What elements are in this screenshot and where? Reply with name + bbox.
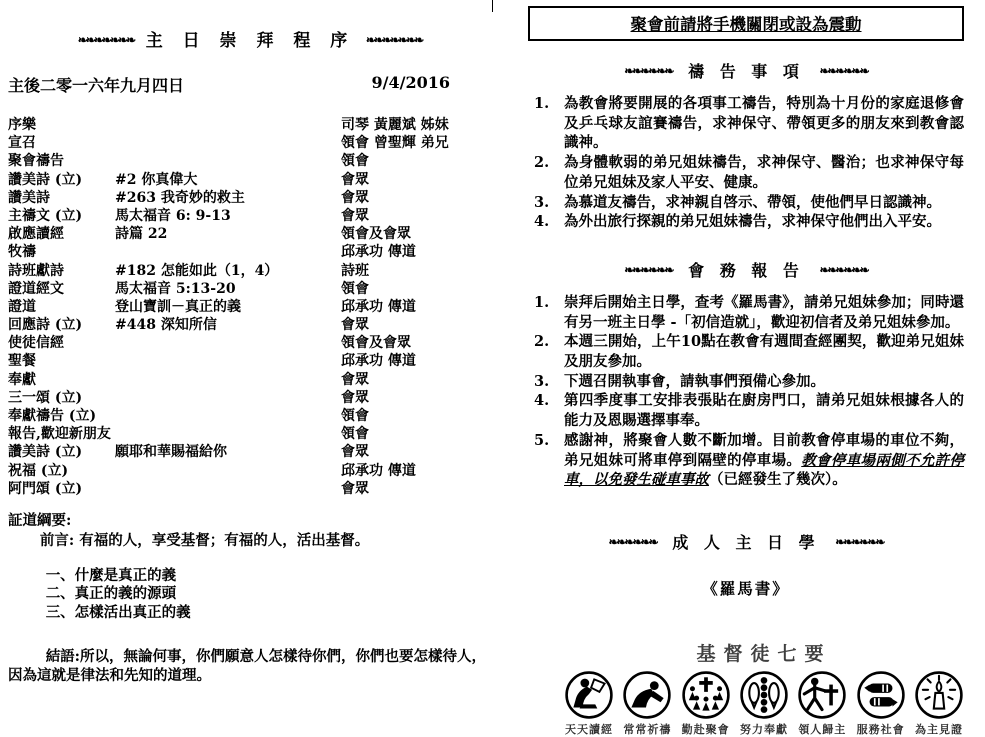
program-detail: [115, 371, 341, 389]
essential-offering: 努力奉獻: [737, 670, 791, 737]
ornament-left-icon: ❧❧❧❧❧❧: [624, 263, 672, 277]
prayer-list: 1.為教會將要開展的各項事工禱告，特別為十月份的家庭退修會及乒乓球友誼賽禱告，求…: [528, 94, 964, 232]
program-detail: [115, 480, 341, 498]
program-detail: [115, 407, 341, 425]
sermon-outline-points: 一、什麼是真正的義 二、真正的義的源頭 三、怎樣活出真正的義: [8, 567, 492, 623]
seven-essentials-icons: 天天讀經 常常祈禱: [562, 670, 966, 737]
sermon-outline-point: 二、真正的義的源頭: [8, 585, 492, 604]
program-row: 證道經文馬太福音 5:13-20領會: [8, 280, 492, 298]
report-item: 4.第四季度事工安排表張貼在廚房門口，請弟兄姐妹根據各人的能力及恩賜選擇事奉。: [528, 391, 964, 430]
program-row: 啟應讀經詩篇 22領會及會眾: [8, 225, 492, 243]
phone-notice-box: 聚會前請將手機關閉或設為震動: [528, 6, 964, 41]
program-item: 序樂: [8, 116, 115, 134]
program-detail: [115, 243, 341, 261]
program-detail: #182 怎能如此（1，4）: [115, 262, 341, 280]
program-who: 詩班: [341, 262, 492, 280]
program-who: 會眾: [341, 316, 492, 334]
page-title: ❧❧❧❧❧❧❧ 主 日 崇 拜 程 序 ❧❧❧❧❧❧❧: [8, 26, 492, 51]
program-item: 讚美詩 (立): [8, 443, 115, 461]
report-item: 3.下週召開執事會，請執事們預備心參加。: [528, 372, 964, 392]
prayer-item: 4.為外出旅行探親的弟兄姐妹禱告，求神保守他們出入平安。: [528, 212, 964, 232]
icon-label: 勤赴聚會: [679, 721, 733, 737]
ornament-right-icon: ❧❧❧❧❧❧: [819, 263, 867, 277]
program-detail: 詩篇 22: [115, 225, 341, 243]
item-text: 下週召開執事會，請執事們預備心參加。: [564, 372, 964, 392]
program-item: 詩班獻詩: [8, 262, 115, 280]
date-row: 主後二零一六年九月四日 9/4/2016: [8, 73, 492, 96]
program-item: 宣召: [8, 134, 115, 152]
program-detail: #2 你真偉大: [115, 171, 341, 189]
program-item: 報告,歡迎新朋友: [8, 425, 115, 443]
program-who: 邱承功 傳道: [341, 462, 492, 480]
program-who: 領會及會眾: [341, 334, 492, 352]
bible-reading-icon: [564, 670, 614, 720]
sermon-outline-point: 三、怎樣活出真正的義: [8, 604, 492, 623]
icon-label: 努力奉獻: [737, 721, 791, 737]
program-item: 證道經文: [8, 280, 115, 298]
program-who: 會眾: [341, 389, 492, 407]
item-number: 1.: [528, 94, 564, 153]
report-list: 1.崇拜后開始主日學，查考《羅馬書》，請弟兄姐妹參加；同時還有另一班主日學 -「…: [528, 293, 964, 490]
report-item-parking: 5. 感謝神，將聚會人數不斷加增。目前教會停車場的車位不夠，弟兄姐妹可將車停到隔…: [528, 431, 964, 490]
item-text: 崇拜后開始主日學，查考《羅馬書》，請弟兄姐妹參加；同時還有另一班主日學 -「初信…: [564, 293, 964, 332]
program-row: 聚會禱告領會: [8, 152, 492, 170]
program-row: 讚美詩 (立)願耶和華賜福給你會眾: [8, 443, 492, 461]
item-text: 感謝神，將聚會人數不斷加增。目前教會停車場的車位不夠，弟兄姐妹可將車停到隔壁的停…: [564, 431, 964, 490]
program-who: 領會: [341, 280, 492, 298]
sermon-outline-heading: 証道綱要:: [8, 512, 492, 531]
item-text: 第四季度事工安排表張貼在廚房門口，請弟兄姐妹根據各人的能力及恩賜選擇事奉。: [564, 391, 964, 430]
announcements-page: 聚會前請將手機關閉或設為震動 ❧❧❧❧❧❧ 禱 告 事 項 ❧❧❧❧❧❧ 1.為…: [528, 0, 964, 737]
item-text: 為身體軟弱的弟兄姐妹禱告，求神保守、醫治；也求神保守每位弟兄姐妹及家人平安、健康…: [564, 153, 964, 192]
item-number: 4.: [528, 212, 564, 232]
worship-order-page: ❧❧❧❧❧❧❧ 主 日 崇 拜 程 序 ❧❧❧❧❧❧❧ 主後二零一六年九月四日 …: [8, 0, 492, 685]
program-who: 領會: [341, 425, 492, 443]
program-item: 奉獻: [8, 371, 115, 389]
program-item: 回應詩 (立): [8, 316, 115, 334]
program-detail: [115, 152, 341, 170]
item-text: 本週三開始，上午10點在教會有週間查經團契，歡迎弟兄姐妹及朋友參加。: [564, 332, 964, 371]
program-row: 阿門頌 (立)會眾: [8, 480, 492, 498]
item-number: 2.: [528, 153, 564, 192]
loaves-fishes-icon: [739, 670, 789, 720]
program-row: 主禱文 (立)馬太福音 6: 9-13會眾: [8, 207, 492, 225]
item-number: 2.: [528, 332, 564, 371]
sunday-school-book: 《羅馬書》: [528, 577, 964, 599]
program-detail: 馬太福音 6: 9-13: [115, 207, 341, 225]
program-row: 證道登山寶訓－真正的義邱承功 傳道: [8, 298, 492, 316]
program-who: 會眾: [341, 189, 492, 207]
program-detail: [115, 462, 341, 480]
item-text: 為慕道友禱告，求神親自啓示、帶領，使他們早日認識神。: [564, 193, 964, 213]
item-text: 為教會將要開展的各項事工禱告，特別為十月份的家庭退修會及乒乓球友誼賽禱告，求神保…: [564, 94, 964, 153]
program-item: 聚會禱告: [8, 152, 115, 170]
icon-label: 常常祈禱: [620, 721, 674, 737]
program-row: 牧禱邱承功 傳道: [8, 243, 492, 261]
program-detail: #263 我奇妙的救主: [115, 189, 341, 207]
phone-notice-text: 聚會前請將手機關閉或設為震動: [631, 15, 862, 34]
essential-witness: 為主見證: [912, 670, 966, 737]
program-row: 祝福 (立)邱承功 傳道: [8, 462, 492, 480]
program-who: 領會 曾聖輝 弟兄: [341, 134, 492, 152]
program-row: 讚美詩 (立)#2 你真偉大會眾: [8, 171, 492, 189]
program-row: 回應詩 (立)#448 深知所信會眾: [8, 316, 492, 334]
program-row: 宣召領會 曾聖輝 弟兄: [8, 134, 492, 152]
program-detail: [115, 134, 341, 152]
prayer-item: 2.為身體軟弱的弟兄姐妹禱告，求神保守、醫治；也求神保守每位弟兄姐妹及家人平安、…: [528, 153, 964, 192]
program-row: 奉獻禱告 (立)領會: [8, 407, 492, 425]
program-detail: 登山寶訓－真正的義: [115, 298, 341, 316]
date-chinese: 主後二零一六年九月四日: [8, 73, 184, 96]
program-who: 邱承功 傳道: [341, 298, 492, 316]
program-detail: #448 深知所信: [115, 316, 341, 334]
sermon-outline-point: 一、什麼是真正的義: [8, 567, 492, 586]
program-item: 祝福 (立): [8, 462, 115, 480]
program-item: 聖餐: [8, 352, 115, 370]
program-who: 會眾: [341, 207, 492, 225]
program-item: 主禱文 (立): [8, 207, 115, 225]
icon-label: 為主見證: [912, 721, 966, 737]
essential-service: 服務社會: [854, 670, 908, 737]
date-western: 9/4/2016: [372, 73, 450, 96]
program-row: 讚美詩#263 我奇妙的救主會眾: [8, 189, 492, 207]
program-who: 邱承功 傳道: [341, 243, 492, 261]
candle-icon: [914, 670, 964, 720]
page-fold-mark: [492, 0, 493, 12]
program-detail: [115, 352, 341, 370]
item-text: 為外出旅行探親的弟兄姐妹禱告，求神保守他們出入平安。: [564, 212, 964, 232]
program-item: 阿門頌 (立): [8, 480, 115, 498]
program-row: 三一頌 (立)會眾: [8, 389, 492, 407]
essential-prayer: 常常祈禱: [620, 670, 674, 737]
worship-program: 序樂司琴 黃麗斌 姊妹 宣召領會 曾聖輝 弟兄 聚會禱告領會 讚美詩 (立)#2…: [8, 116, 492, 498]
program-detail: [115, 116, 341, 134]
parking-text-tail: （已經發生了幾次）。: [709, 471, 847, 488]
icon-label: 天天讀經: [562, 721, 616, 737]
program-item: 讚美詩: [8, 189, 115, 207]
report-item: 2.本週三開始，上午10點在教會有週間查經團契，歡迎弟兄姐妹及朋友參加。: [528, 332, 964, 371]
program-item: 奉獻禱告 (立): [8, 407, 115, 425]
program-who: 會眾: [341, 171, 492, 189]
helping-hands-icon: [856, 670, 906, 720]
ornament-left-icon: ❧❧❧❧❧❧: [608, 535, 656, 549]
program-who: 會眾: [341, 443, 492, 461]
program-detail: 馬太福音 5:13-20: [115, 280, 341, 298]
icon-label: 領人歸主: [795, 721, 849, 737]
program-who: 領會: [341, 407, 492, 425]
ornament-right-icon: ❧❧❧❧❧❧: [835, 535, 883, 549]
program-who: 邱承功 傳道: [341, 352, 492, 370]
program-detail: [115, 425, 341, 443]
program-detail: [115, 389, 341, 407]
report-section-title: ❧❧❧❧❧❧ 會 務 報 告 ❧❧❧❧❧❧: [528, 258, 964, 281]
program-row: 奉獻會眾: [8, 371, 492, 389]
ornament-right-icon: ❧❧❧❧❧❧: [819, 64, 867, 78]
sermon-outline-conclusion: 結語:所以，無論何事，你們願意人怎樣待你們，你們也要怎樣待人，因為這就是律法和先…: [8, 648, 492, 685]
praying-icon: [622, 670, 672, 720]
program-item: 讚美詩 (立): [8, 171, 115, 189]
program-row: 報告,歡迎新朋友領會: [8, 425, 492, 443]
program-item: 三一頌 (立): [8, 389, 115, 407]
prayer-item: 1.為教會將要開展的各項事工禱告，特別為十月份的家庭退修會及乒乓球友誼賽禱告，求…: [528, 94, 964, 153]
sermon-outline: 証道綱要: 前言: 有福的人，享受基督；有福的人，活出基督。 一、什麼是真正的義…: [8, 512, 492, 686]
sermon-outline-intro: 前言: 有福的人，享受基督；有福的人，活出基督。: [8, 532, 492, 551]
program-detail: 願耶和華賜福給你: [115, 443, 341, 461]
icon-label: 服務社會: [854, 721, 908, 737]
program-who: 會眾: [341, 371, 492, 389]
program-item: 使徒信經: [8, 334, 115, 352]
program-row: 詩班獻詩#182 怎能如此（1，4）詩班: [8, 262, 492, 280]
person-cross-icon: [797, 670, 847, 720]
essential-reading: 天天讀經: [562, 670, 616, 737]
program-row: 聖餐邱承功 傳道: [8, 352, 492, 370]
item-number: 4.: [528, 391, 564, 430]
program-who: 會眾: [341, 480, 492, 498]
program-who: 領會: [341, 152, 492, 170]
title-ornament-left-icon: ❧❧❧❧❧❧❧: [78, 33, 134, 47]
essential-evangelism: 領人歸主: [795, 670, 849, 737]
program-item: 啟應讀經: [8, 225, 115, 243]
program-row: 序樂司琴 黃麗斌 姊妹: [8, 116, 492, 134]
seven-essentials-title: 基督徒七要: [562, 639, 966, 666]
item-number: 3.: [528, 193, 564, 213]
program-detail: [115, 334, 341, 352]
prayer-section-title: ❧❧❧❧❧❧ 禱 告 事 項 ❧❧❧❧❧❧: [528, 59, 964, 82]
page-title-text: 主 日 崇 拜 程 序: [146, 31, 355, 51]
program-who: 司琴 黃麗斌 姊妹: [341, 116, 492, 134]
ornament-left-icon: ❧❧❧❧❧❧: [624, 64, 672, 78]
essential-assembly: 勤赴聚會: [679, 670, 733, 737]
seven-essentials: 基督徒七要 天天讀經 常常祈禱: [528, 639, 964, 737]
program-who: 領會及會眾: [341, 225, 492, 243]
sunday-school-title: ❧❧❧❧❧❧ 成 人 主 日 學 ❧❧❧❧❧❧: [528, 530, 964, 553]
item-number: 1.: [528, 293, 564, 332]
prayer-item: 3.為慕道友禱告，求神親自啓示、帶領，使他們早日認識神。: [528, 193, 964, 213]
program-row: 使徒信經領會及會眾: [8, 334, 492, 352]
program-item: 證道: [8, 298, 115, 316]
congregation-cross-icon: [681, 670, 731, 720]
program-item: 牧禱: [8, 243, 115, 261]
title-ornament-right-icon: ❧❧❧❧❧❧❧: [366, 33, 422, 47]
report-item: 1.崇拜后開始主日學，查考《羅馬書》，請弟兄姐妹參加；同時還有另一班主日學 -「…: [528, 293, 964, 332]
item-number: 5.: [528, 431, 564, 490]
item-number: 3.: [528, 372, 564, 392]
